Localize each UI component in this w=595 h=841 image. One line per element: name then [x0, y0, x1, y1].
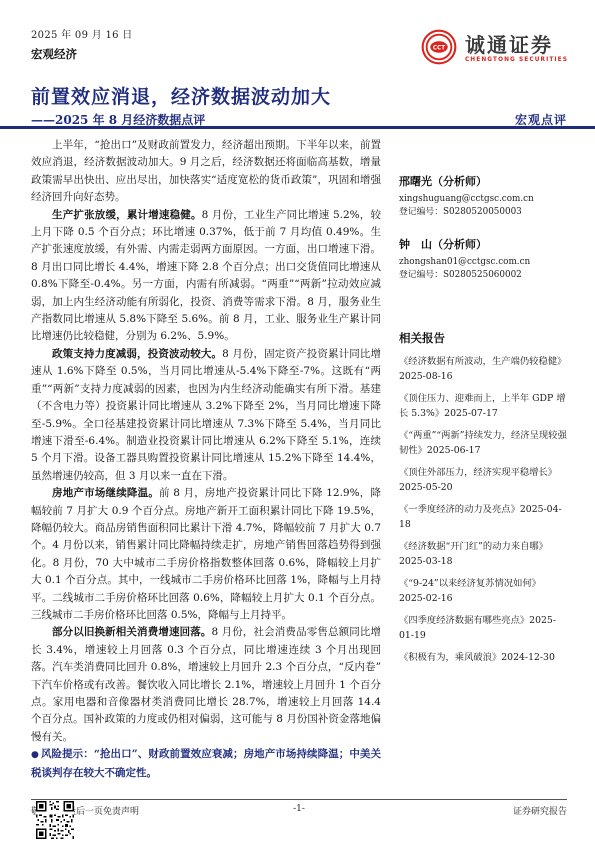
risk-warning: ●风险提示：“抢出口”、财政前置效应衰减；房地产市场持续降温；中美关税谈判存在较… — [31, 746, 381, 782]
body-paragraph: 生产扩张放缓，累计增速稳健。8 月份，工业生产同比增速 5.2%，较上月下降 0… — [31, 207, 381, 346]
footer-report-type: 证券研究报告 — [513, 804, 567, 817]
report-category: 宏观经济 — [31, 46, 133, 62]
report-date: 2025 年 09 月 16 日 — [31, 26, 133, 41]
brand-logo: CCT 诚通证券 CHENGTONG SECURITIES — [420, 28, 568, 70]
analyst-email: xingshuguang@cctgsc.com.cn — [399, 193, 567, 206]
paragraph-text: 前 8 月，房地产投资累计同比下降 12.9%，降幅较前 7 月扩大 0.9 个… — [31, 487, 381, 621]
main-text-column: 上半年，“抢出口”及财政前置发力，经济超出预期。下半年以来，前置效应消退，经济数… — [31, 137, 381, 782]
related-report-item: 《顶住压力、迎难而上，上半年 GDP 增长 5.3%》2025-07-17 — [399, 391, 567, 422]
brand-name-cn: 诚通证券 — [465, 35, 568, 55]
related-report-item: 《“9-24”以来经济复苏情况如何》2025-02-16 — [399, 576, 567, 607]
analyst-registration: 登记编号：S0280525060002 — [399, 269, 567, 282]
related-reports-title: 相关报告 — [399, 330, 567, 346]
related-report-item: 《经济数据“开门红”的动力来自哪》2025-03-18 — [399, 539, 567, 570]
paragraph-lead: 房地产市场继续降温。 — [52, 487, 159, 499]
page-title: 前置效应消退，经济数据波动加大 — [31, 82, 331, 109]
analyst-registration: 登记编号：S0280520050003 — [399, 206, 567, 219]
brand-name-en: CHENGTONG SECURITIES — [465, 58, 568, 64]
body-paragraph: 政策支持力度减弱，投资波动较大。8 月份，固定资产投资累计同比增速从 1.6%下… — [31, 346, 381, 485]
brand-name: 诚通证券 CHENGTONG SECURITIES — [465, 35, 568, 64]
sidebar: 邢曙光（分析师） xingshuguang@cctgsc.com.cn 登记编号… — [399, 137, 567, 782]
paragraph-lead: 部分以旧换新相关消费增速回落。 — [52, 626, 211, 638]
content-area: 上半年，“抢出口”及财政前置发力，经济超出预期。下半年以来，前置效应消退，经济数… — [31, 137, 567, 782]
paragraph-text: 8 月份，社会消费品零售总额同比增长 3.4%，增速较上月回落 0.3 个百分点… — [31, 626, 381, 742]
paragraph-lead: 生产扩张放缓，累计增速稳健。 — [52, 209, 202, 221]
title-divider — [0, 126, 595, 129]
related-report-item: 《积极有为，乘风破浪》2024-12-30 — [399, 650, 567, 666]
body-paragraph: 房地产市场继续降温。前 8 月，房地产投资累计同比下降 12.9%，降幅较前 7… — [31, 485, 381, 624]
footer-page-number: -1- — [293, 804, 305, 814]
analyst-email: zhongshan01@cctgsc.com.cn — [399, 256, 567, 269]
brand-icon-text: CCT — [433, 45, 445, 51]
body-paragraph: 部分以旧换新相关消费增速回落。8 月份，社会消费品零售总额同比增长 3.4%，增… — [31, 624, 381, 746]
bullet-icon: ● — [31, 750, 39, 760]
paragraph-text: 上半年，“抢出口”及财政前置发力，经济超出预期。下半年以来，前置效应消退，经济数… — [31, 139, 381, 203]
related-reports-section: 相关报告 《经济数据有所波动，生产端仍较稳健》2025-08-16 《顶住压力、… — [399, 330, 567, 666]
paragraph-lead: 政策支持力度减弱，投资波动较大。 — [52, 348, 222, 360]
paragraph-text: 8 月份，固定资产投资累计同比增速从 1.6%下降至 0.5%，当月同比增速从-… — [31, 348, 381, 482]
analyst-block: 钟 山（分析师） zhongshan01@cctgsc.com.cn 登记编号：… — [399, 236, 567, 282]
analyst-name: 邢曙光（分析师） — [399, 173, 567, 189]
footer-divider — [31, 799, 567, 800]
risk-warning-text: 风险提示：“抢出口”、财政前置效应衰减；房地产市场持续降温；中美关税谈判存在较大… — [31, 748, 381, 778]
related-report-item: 《经济数据有所波动，生产端仍较稳健》2025-08-16 — [399, 354, 567, 385]
related-report-item: 《四季度经济数据有哪些亮点》2025-01-19 — [399, 613, 567, 644]
qr-code — [36, 801, 74, 839]
related-report-item: 《顶住外部压力，经济实现平稳增长》2025-05-20 — [399, 465, 567, 496]
related-report-item: 《“两重”“两新”持续发力，经济呈现较强韧性》2025-06-17 — [399, 428, 567, 459]
body-paragraph: 上半年，“抢出口”及财政前置发力，经济超出预期。下半年以来，前置效应消退，经济数… — [31, 137, 381, 207]
paragraph-text: 8 月份，工业生产同比增速 5.2%，较上月下降 0.5 个百分点；环比增速 0… — [31, 209, 381, 343]
brand-logo-icon: CCT — [420, 28, 458, 70]
analyst-name: 钟 山（分析师） — [399, 236, 567, 252]
report-page: 2025 年 09 月 16 日 宏观经济 CCT 诚通证券 CHENGTONG… — [0, 0, 595, 841]
analyst-block: 邢曙光（分析师） xingshuguang@cctgsc.com.cn 登记编号… — [399, 173, 567, 219]
related-report-item: 《一季度经济的动力及亮点》2025-04-18 — [399, 502, 567, 533]
header-left: 2025 年 09 月 16 日 宏观经济 — [31, 26, 133, 62]
